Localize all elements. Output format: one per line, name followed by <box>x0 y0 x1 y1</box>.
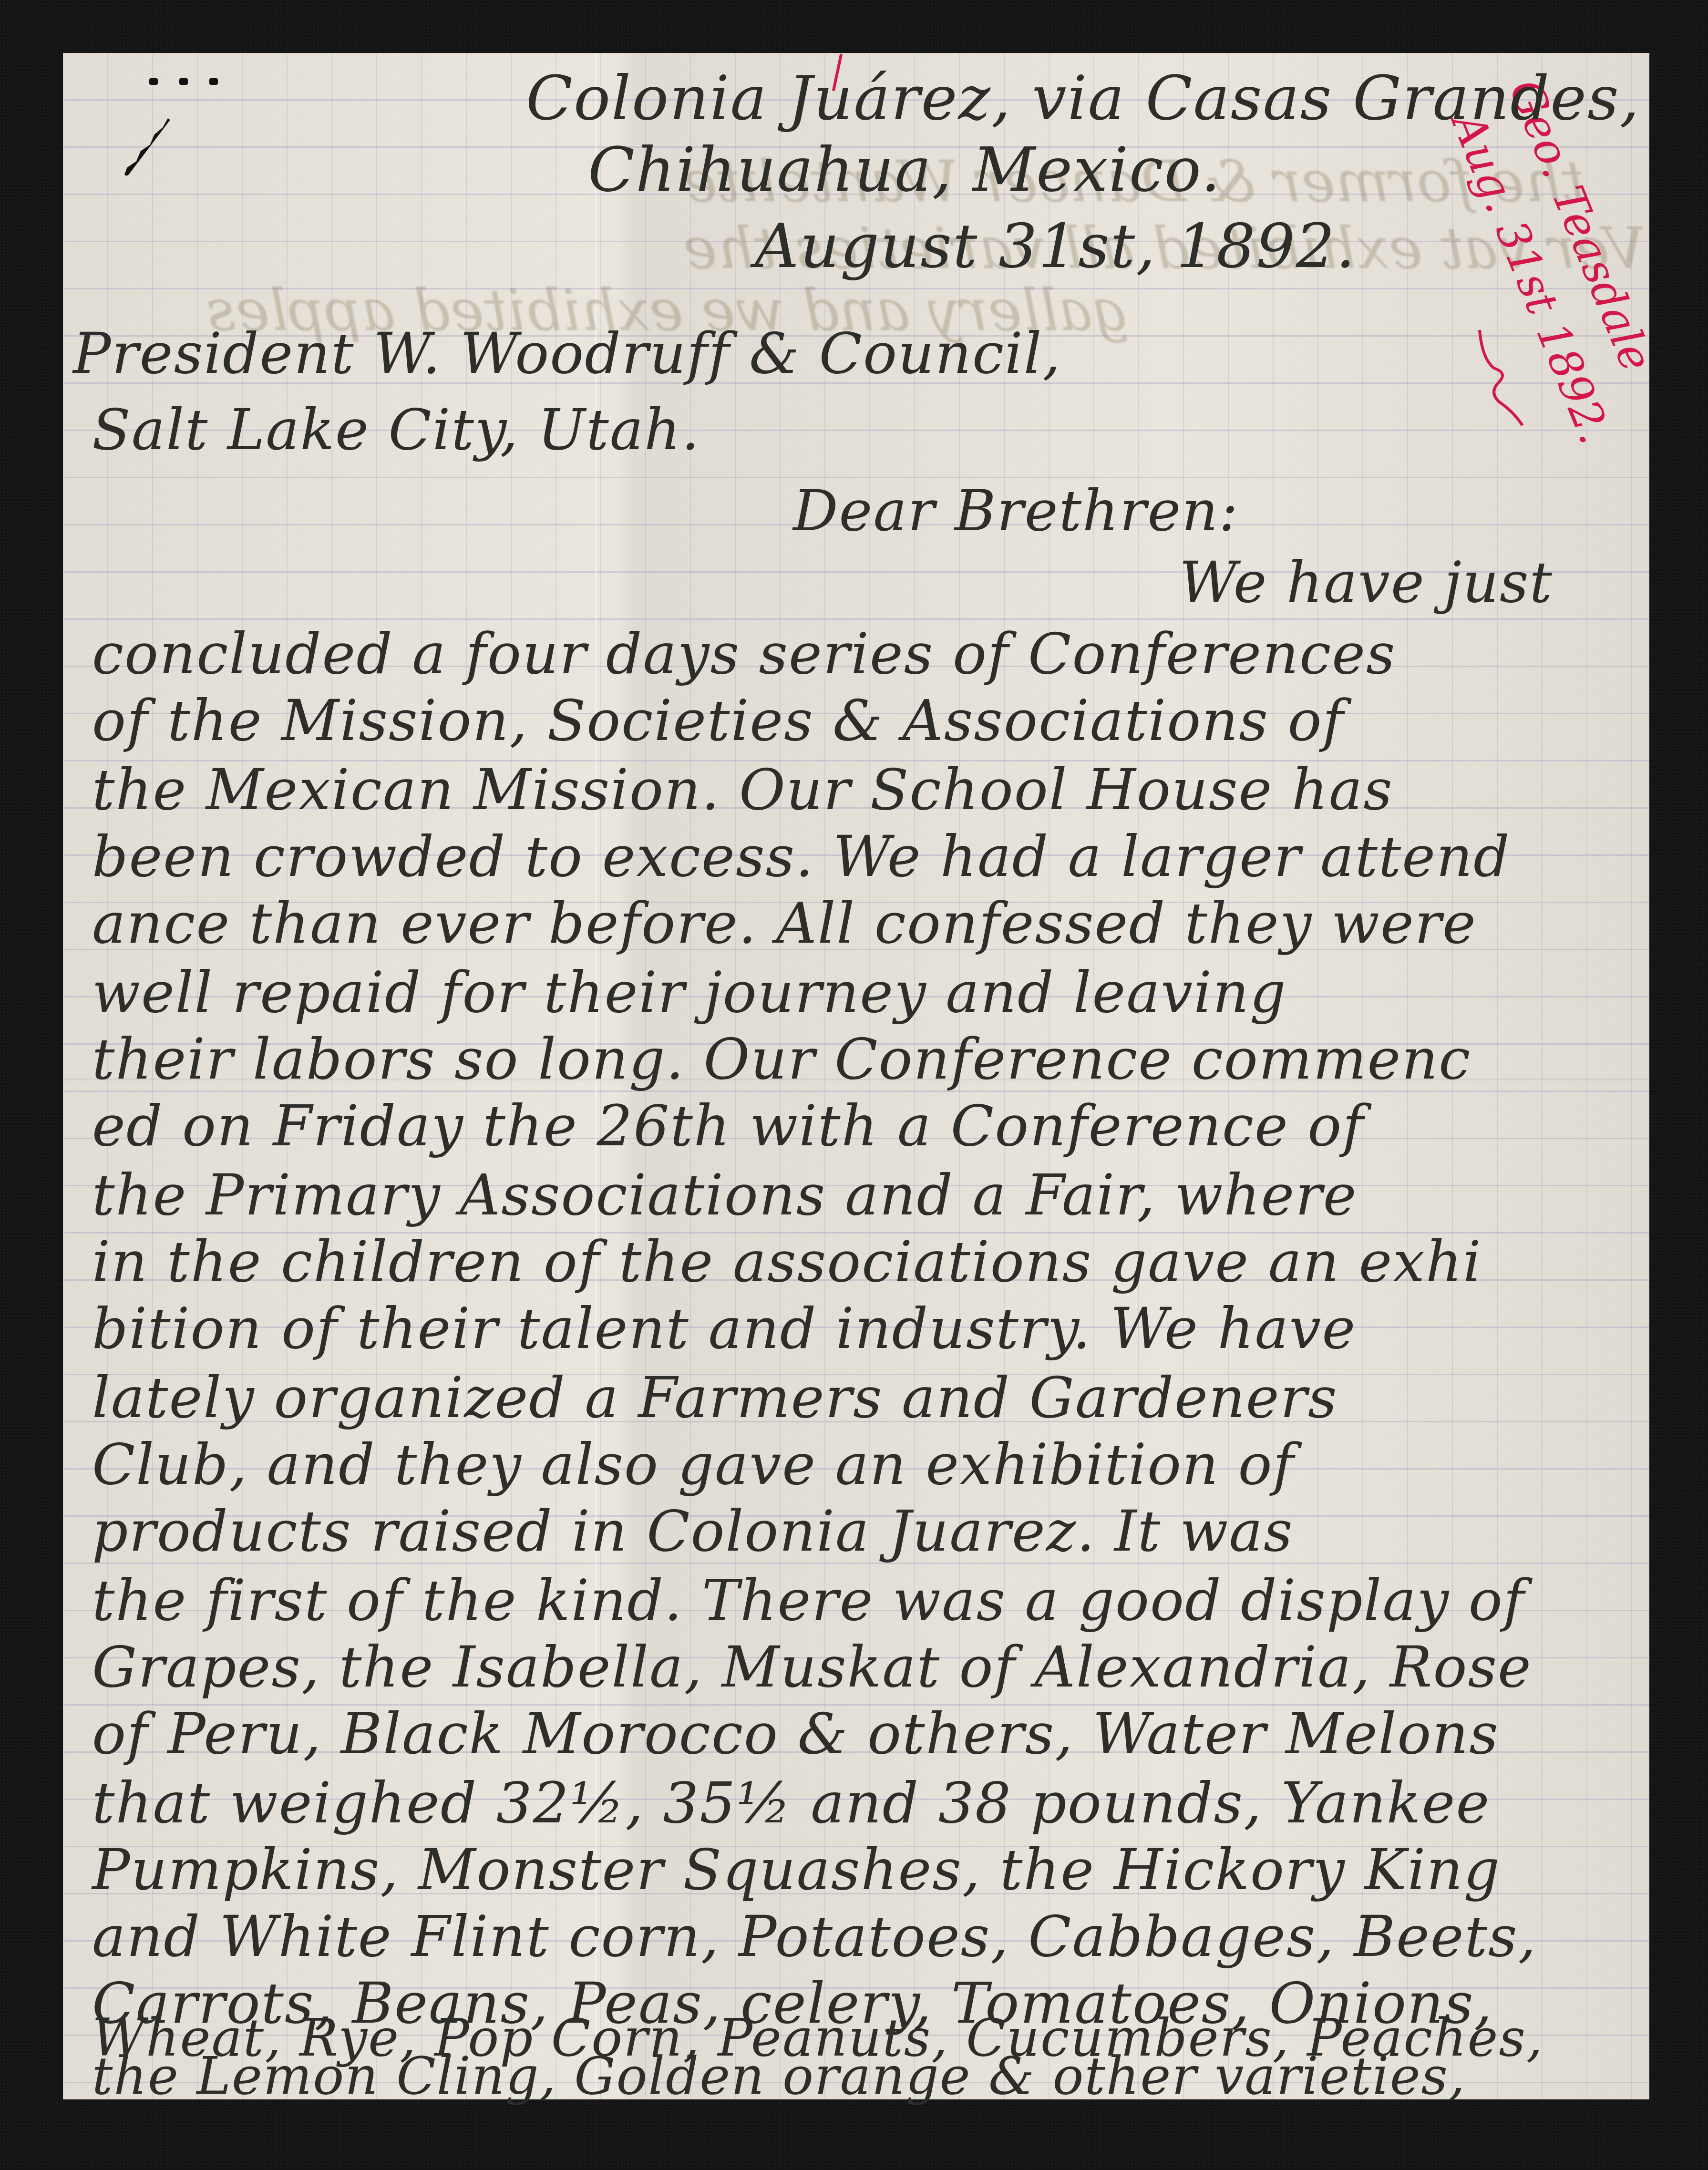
body-line: and White Flint corn, Potatoes, Cabbages… <box>92 1903 1537 1969</box>
heading-place-line1: Colonia Juárez, via Casas Grandes, <box>526 63 1640 134</box>
punch-hole <box>179 78 188 85</box>
paper-tear <box>123 117 171 177</box>
punch-holes <box>149 78 218 85</box>
body-line: the Mexican Mission. Our School House ha… <box>92 757 1393 823</box>
body-line: Club, and they also gave an exhibition o… <box>92 1431 1295 1497</box>
punch-hole <box>149 78 158 85</box>
heading-place-line2: Chihuahua, Mexico. <box>588 134 1221 206</box>
body-line: well repaid for their journey and leavin… <box>92 959 1287 1025</box>
body-line: the Primary Associations and a Fair, whe… <box>92 1162 1358 1228</box>
body-line: in the children of the associations gave… <box>92 1229 1482 1295</box>
body-line: concluded a four days series of Conferen… <box>92 621 1396 687</box>
heading-date: August 31st, 1892. <box>755 211 1356 282</box>
body-line: the first of the kind. There was a good … <box>92 1567 1525 1633</box>
recipient-line: President W. Woodruff & Council, <box>73 320 1061 386</box>
body-line: lately organized a Farmers and Gardeners <box>92 1365 1338 1430</box>
body-line: products raised in Colonia Juarez. It wa… <box>92 1498 1294 1564</box>
body-line: of Peru, Black Morocco & others, Water M… <box>92 1701 1499 1767</box>
body-line: ance than ever before. All confessed the… <box>92 890 1477 956</box>
body-line: Grapes, the Isabella, Muskat of Alexandr… <box>92 1634 1532 1700</box>
red-flourish-icon <box>1470 330 1537 430</box>
body-line: the Lemon Cling, Golden orange & other v… <box>92 2047 1466 2106</box>
letter-page: the former & Dancer Wantelite Ver vat ex… <box>63 53 1649 2099</box>
body-line: been crowded to excess. We had a larger … <box>92 823 1511 889</box>
body-line: their labors so long. Our Conference com… <box>92 1026 1471 1092</box>
body-line: Pumpkins, Monster Squashes, the Hickory … <box>92 1837 1501 1903</box>
recipient-city: Salt Lake City, Utah. <box>92 397 700 463</box>
punch-hole <box>209 78 218 85</box>
body-line: of the Mission, Societies & Associations… <box>92 688 1344 753</box>
body-line: that weighed 32½, 35½ and 38 pounds, Yan… <box>92 1770 1490 1836</box>
body-line: We have just <box>1179 549 1553 615</box>
body-line: bition of their talent and industry. We … <box>92 1296 1356 1361</box>
salutation: Dear Brethren: <box>793 478 1239 544</box>
body-line: ed on Friday the 26th with a Conference … <box>92 1093 1364 1159</box>
